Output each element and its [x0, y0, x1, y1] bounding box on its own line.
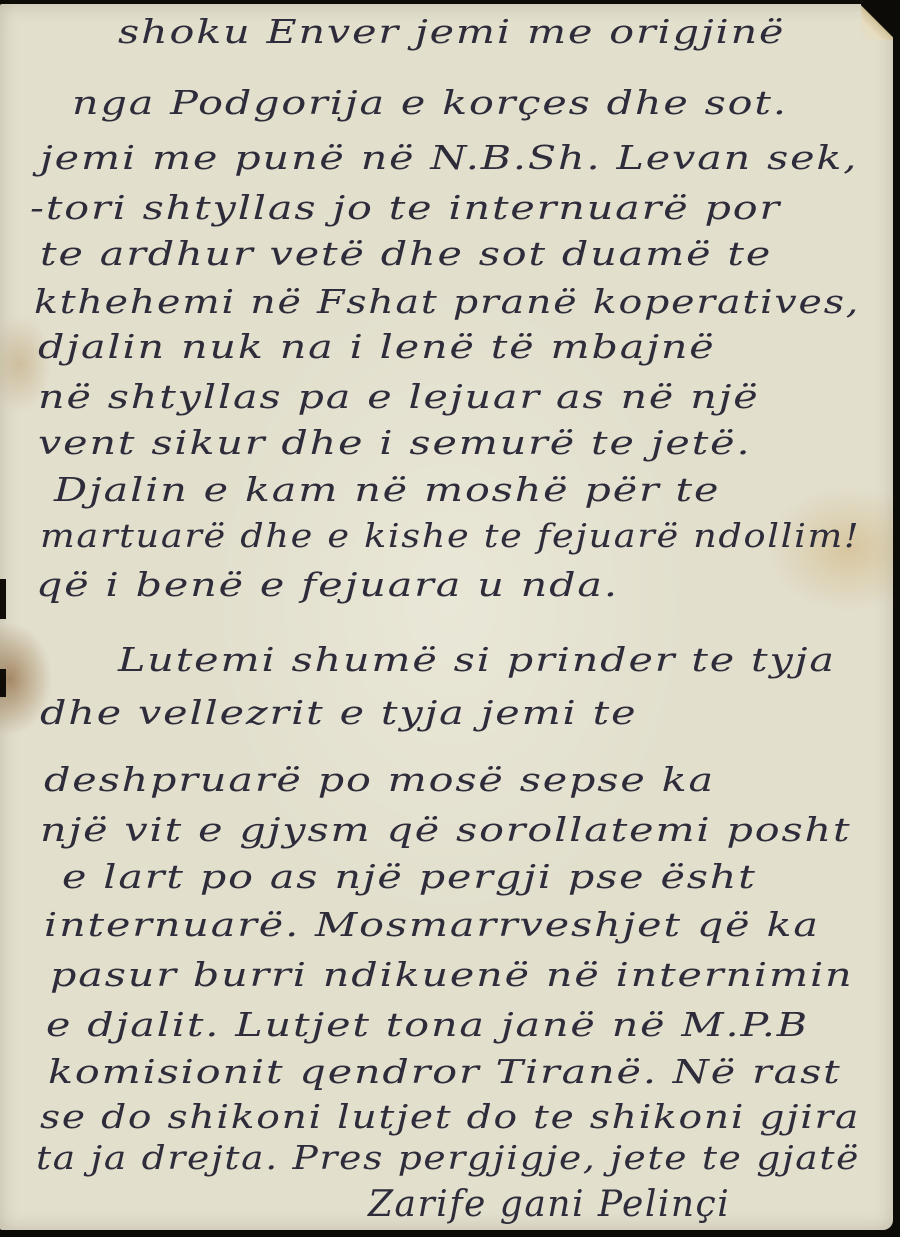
letter-line: se do shikoni lutjet do te shikoni gjira	[40, 1097, 860, 1137]
letter-line: një vit e gjysm që sorollatemi posht	[40, 810, 851, 850]
letter-line: e djalit. Lutjet tona janë në M.P.B	[46, 1005, 809, 1045]
letter-line: shoku Enver jemi me origjinë	[118, 12, 785, 52]
letter-line: deshpruarë po mosë sepse ka	[44, 760, 715, 800]
letter-line: në shtyllas pa e lejuar as në një	[38, 377, 760, 417]
letter-line: Lutemi shumë si prinder te tyja	[118, 640, 836, 680]
letter-line: nga Podgorija e korçes dhe sot.	[72, 83, 788, 123]
letter-line: ta ja drejta. Pres pergjigje, jete te gj…	[36, 1138, 860, 1178]
letter-line: komisionit qendror Tiranë. Në rast	[48, 1052, 842, 1092]
letter-line: internuarë. Mosmarrveshjet që ka	[44, 905, 820, 945]
letter-line: Djalin e kam në moshë për te	[54, 470, 720, 510]
letter-line: pasur burri ndikuenë në internimin	[50, 955, 853, 995]
letter-line: -tori shtyllas jo te internuarë por	[30, 188, 781, 228]
letter-line: jemi me punë në N.B.Sh. Levan sek,	[40, 138, 858, 178]
letter-line: kthehemi në Fshat pranë koperatives,	[34, 282, 860, 322]
letter-line: vent sikur dhe i semurë te jetë.	[38, 423, 751, 463]
letter-line: e lart po as një pergji pse ësht	[62, 857, 757, 897]
letter-line: djalin nuk na i lenë të mbajnë	[38, 327, 716, 367]
handwritten-letter-body: shoku Enver jemi me origjinë nga Podgori…	[0, 0, 900, 1237]
letter-line: martuarë dhe e kishe te fejuarë ndollim!	[40, 516, 860, 556]
letter-line: te ardhur vetë dhe sot duamë te	[40, 234, 772, 274]
signature: Zarife gani Pelinçi	[368, 1185, 730, 1225]
letter-line: dhe vellezrit e tyja jemi te	[40, 693, 637, 733]
letter-line: që i benë e fejuara u nda.	[36, 565, 619, 605]
